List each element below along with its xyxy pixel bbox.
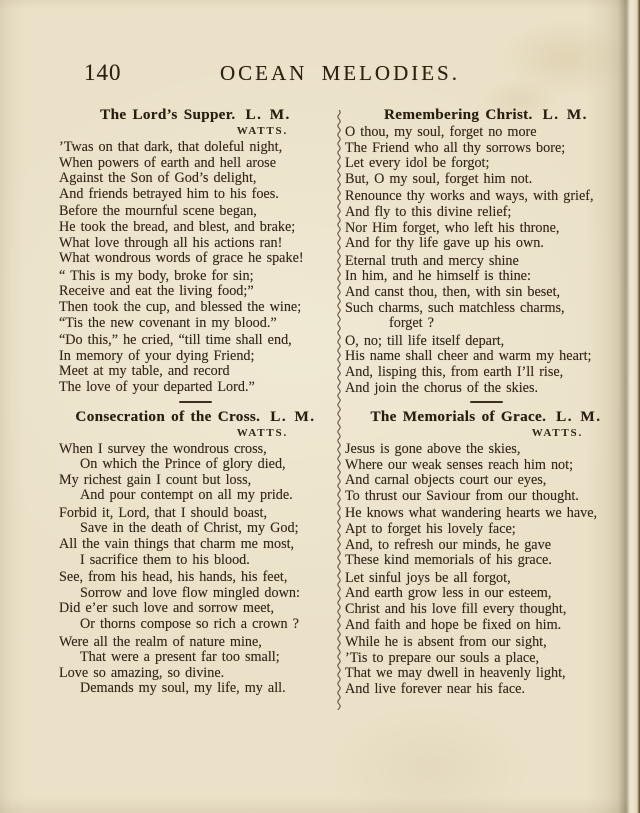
book-page: 140 OCEAN MELODIES. The Lord’s Supper.L.… xyxy=(0,0,640,813)
verse-line: And faith and hope be fixed on him. xyxy=(345,618,627,634)
verse-line: And for thy life gave up his own. xyxy=(345,236,627,252)
verse-line: Did e’er such love and sorrow meet, xyxy=(59,601,332,617)
verse-line: When powers of earth and hell arose xyxy=(59,156,332,172)
hymn-title-text: The Lord’s Supper. xyxy=(100,106,235,123)
verse: Let sinful joys be all forgot,And earth … xyxy=(345,571,627,633)
verse-line: What wondrous words of grace he spake! xyxy=(59,251,332,267)
verse-line: What love through all his actions ran! xyxy=(59,236,332,252)
column-right: Remembering Christ.L. M.O thou, my soul,… xyxy=(345,107,627,700)
verse-line: When I survey the wondrous cross, xyxy=(59,442,332,458)
hymn-title-text: The Memorials of Grace. xyxy=(370,408,546,425)
page-header: 140 OCEAN MELODIES. xyxy=(0,60,640,92)
verse-line: Meet at my table, and record xyxy=(59,364,332,380)
verse-line: That we may dwell in heavenly light, xyxy=(345,666,627,682)
hymn: Remembering Christ.L. M.O thou, my soul,… xyxy=(345,107,627,396)
verse-line: Demands my soul, my life, my all. xyxy=(59,681,332,697)
verse: He knows what wandering hearts we have,A… xyxy=(345,506,627,568)
verse: Forbid it, Lord, that I should boast,Sav… xyxy=(59,506,332,568)
verse-line: And pour contempt on all my pride. xyxy=(59,488,332,504)
wavy-line-path xyxy=(338,110,340,710)
verse-line: In him, and he himself is thine: xyxy=(345,269,627,285)
verse-line: He took the bread, and blest, and brake; xyxy=(59,220,332,236)
column-divider-wavy-line xyxy=(332,110,346,710)
hymn: The Lord’s Supper.L. M.WATTS.’Twas on th… xyxy=(59,107,332,396)
column-left: The Lord’s Supper.L. M.WATTS.’Twas on th… xyxy=(59,107,332,699)
verse-line: Jesus is gone above the skies, xyxy=(345,442,627,458)
verse: When I survey the wondrous cross,On whic… xyxy=(59,442,332,504)
hymn-title-text: Remembering Christ. xyxy=(384,106,533,123)
verse-line: And, lisping this, from earth I’ll rise, xyxy=(345,365,627,381)
hymn-meter: L. M. xyxy=(556,408,601,425)
verse: O, no; till life itself depart,His name … xyxy=(345,334,627,396)
verse-line: These kind memorials of his grace. xyxy=(345,553,627,569)
verse-line: Nor Him forget, who left his throne, xyxy=(345,221,627,237)
verse-line: And friends betrayed him to his foes. xyxy=(59,187,332,203)
verse-line: On which the Prince of glory died, xyxy=(59,457,332,473)
verse-line: Were all the realm of nature mine, xyxy=(59,635,332,651)
verse-line: The love of your departed Lord.” xyxy=(59,380,332,396)
verse: ’Twas on that dark, that doleful night,W… xyxy=(59,140,332,202)
verse: O thou, my soul, forget no moreThe Frien… xyxy=(345,125,627,187)
hymn-title-text: Consecration of the Cross. xyxy=(75,408,260,425)
verse-line: forget ? xyxy=(345,316,627,332)
verse-line: In memory of your dying Friend; xyxy=(59,349,332,365)
verse-line: And carnal objects court our eyes, xyxy=(345,473,627,489)
verse-line: And earth grow less in our esteem, xyxy=(345,586,627,602)
verse: “ This is my body, broke for sin;Receive… xyxy=(59,269,332,331)
verse-line: “Do this,” he cried, “till time shall en… xyxy=(59,333,332,349)
verse-line: Sorrow and love flow mingled down: xyxy=(59,586,332,602)
hymn-divider-rule xyxy=(470,401,503,403)
verse-line: “Tis the new covenant in my blood.” xyxy=(59,316,332,332)
verse: Jesus is gone above the skies,Where our … xyxy=(345,442,627,504)
verse-line: Love so amazing, so divine. xyxy=(59,666,332,682)
verse-line: Let sinful joys be all forgot, xyxy=(345,571,627,587)
verse: Were all the realm of nature mine,That w… xyxy=(59,635,332,697)
hymn-author: WATTS. xyxy=(59,125,332,137)
verse-line: Before the mournful scene began, xyxy=(59,204,332,220)
verse-line: O thou, my soul, forget no more xyxy=(345,125,627,141)
verse-line: ’Twas on that dark, that doleful night, xyxy=(59,140,332,156)
verse-line: Forbid it, Lord, that I should boast, xyxy=(59,506,332,522)
verse: Before the mournful scene began,He took … xyxy=(59,204,332,266)
verse-line: All the vain things that charm me most, xyxy=(59,537,332,553)
hymn-meter: L. M. xyxy=(270,408,315,425)
verse-line: To thrust our Saviour from our thought. xyxy=(345,489,627,505)
verse-line: And live forever near his face. xyxy=(345,682,627,698)
verse: See, from his head, his hands, his feet,… xyxy=(59,570,332,632)
verse-line: Apt to forget his lovely face; xyxy=(345,522,627,538)
hymn-meter: L. M. xyxy=(543,106,588,123)
verse-line: Where our weak senses reach him not; xyxy=(345,458,627,474)
verse-line: And fly to this divine relief; xyxy=(345,205,627,221)
verse-line: Save in the death of Christ, my God; xyxy=(59,521,332,537)
verse-line: He knows what wandering hearts we have, xyxy=(345,506,627,522)
verse-line: And canst thou, then, with sin beset, xyxy=(345,285,627,301)
hymn-author: WATTS. xyxy=(59,427,332,439)
hymn: Consecration of the Cross.L. M.WATTS.Whe… xyxy=(59,409,332,698)
verse-line: His name shall cheer and warm my heart; xyxy=(345,349,627,365)
verse-line: Renounce thy works and ways, with grief, xyxy=(345,189,627,205)
verse-line: Eternal truth and mercy shine xyxy=(345,254,627,270)
verse: Eternal truth and mercy shineIn him, and… xyxy=(345,254,627,332)
verse: “Do this,” he cried, “till time shall en… xyxy=(59,333,332,395)
verse-line: Receive and eat the living food;” xyxy=(59,284,332,300)
verse-line: Then took the cup, and blessed the wine; xyxy=(59,300,332,316)
verse-line: My richest gain I count but loss, xyxy=(59,473,332,489)
verse-line: That were a present far too small; xyxy=(59,650,332,666)
book-title: OCEAN MELODIES. xyxy=(40,61,640,86)
hymn-divider-rule xyxy=(179,401,212,403)
verse-line: ’Tis to prepare our souls a place, xyxy=(345,651,627,667)
verse-line: And join the chorus of the skies. xyxy=(345,381,627,397)
hymn-author: WATTS. xyxy=(345,427,627,439)
verse: While he is absent from our sight,’Tis t… xyxy=(345,635,627,697)
verse-line: I sacrifice them to his blood. xyxy=(59,553,332,569)
hymn-title: The Memorials of Grace.L. M. xyxy=(345,409,627,425)
verse-line: Such charms, such matchless charms, xyxy=(345,301,627,317)
verse-line: But, O my soul, forget him not. xyxy=(345,172,627,188)
verse-line: And, to refresh our minds, he gave xyxy=(345,538,627,554)
hymn-meter: L. M. xyxy=(245,106,290,123)
verse-line: While he is absent from our sight, xyxy=(345,635,627,651)
hymn: The Memorials of Grace.L. M.WATTS.Jesus … xyxy=(345,409,627,698)
hymn-title: Consecration of the Cross.L. M. xyxy=(59,409,332,425)
verse-line: Against the Son of God’s delight, xyxy=(59,171,332,187)
hymn-title: Remembering Christ.L. M. xyxy=(345,107,627,123)
verse-line: Or thorns compose so rich a crown ? xyxy=(59,617,332,633)
verse: Renounce thy works and ways, with grief,… xyxy=(345,189,627,251)
verse-line: See, from his head, his hands, his feet, xyxy=(59,570,332,586)
verse-line: Christ and his love fill every thought, xyxy=(345,602,627,618)
verse-line: “ This is my body, broke for sin; xyxy=(59,269,332,285)
hymn-title: The Lord’s Supper.L. M. xyxy=(59,107,332,123)
verse-line: O, no; till life itself depart, xyxy=(345,334,627,350)
verse-line: Let every idol be forgot; xyxy=(345,156,627,172)
verse-line: The Friend who all thy sorrows bore; xyxy=(345,141,627,157)
